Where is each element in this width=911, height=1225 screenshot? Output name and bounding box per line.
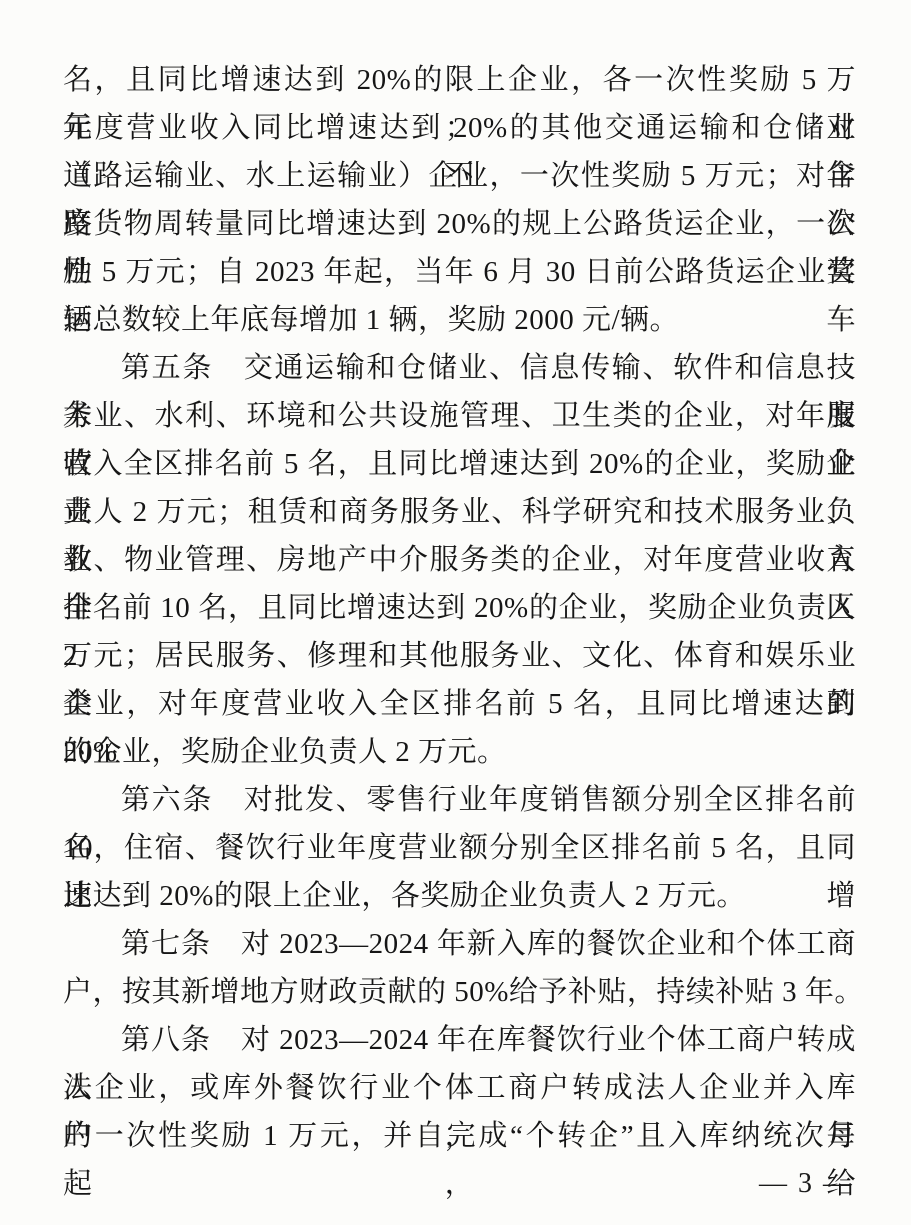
document-body: 名，且同比增速达到 20%的限上企业，各一次性奖励 5 万元；对年度营业收入同比… [63, 56, 856, 1160]
page-number: — 3 — [759, 1160, 853, 1208]
document-page: 名，且同比增速达到 20%的限上企业，各一次性奖励 5 万元；对年度营业收入同比… [0, 0, 911, 1225]
text-line: 排名前 10 名，且同比增速达到 20%的企业，奖励企业负责人 2 [63, 584, 856, 632]
text-line: 务业、水利、环境和公共设施管理、卫生类的企业，对年度营业 [63, 392, 856, 440]
text-line: 人企业，或库外餐饮行业个体工商户转成法人企业并入库的，每 [63, 1064, 856, 1112]
text-line: 名，住宿、餐饮行业年度营业额分别全区排名前 5 名，且同比增 [63, 824, 856, 872]
text-line: 速达到 20%的限上企业，各奖励企业负责人 2 万元。 [63, 872, 856, 920]
text-line: 户，按其新增地方财政贡献的 50%给予补贴，持续补贴 3 年。 [63, 968, 856, 1016]
text-line: 第八条 对 2023—2024 年在库餐饮行业个体工商户转成法 [63, 1016, 856, 1064]
text-line: 企业，对年度营业收入全区排名前 5 名，且同比增速达到 20% [63, 680, 856, 728]
text-line: 户一次性奖励 1 万元，并自完成“个转企”且入库纳统次月起，给 [63, 1112, 856, 1160]
text-line: 年度营业收入同比增速达到 20%的其他交通运输和仓储业（不含 [63, 104, 856, 152]
text-line: 第七条 对 2023—2024 年新入库的餐饮企业和个体工商 [63, 920, 856, 968]
text-line: 第五条 交通运输和仓储业、信息传输、软件和信息技术服 [63, 344, 856, 392]
text-line: 路货物周转量同比增速达到 20%的规上公路货运企业，一次性奖 [63, 200, 856, 248]
text-line: 道路运输业、水上运输业）企业，一次性奖励 5 万元；对年度公 [63, 152, 856, 200]
text-line: 第六条 对批发、零售行业年度销售额分别全区排名前 10 [63, 776, 856, 824]
text-line: 责人 2 万元；租赁和商务服务业、科学研究和技术服务业、教育 [63, 488, 856, 536]
text-line: 的企业，奖励企业负责人 2 万元。 [63, 728, 856, 776]
text-line: 名，且同比增速达到 20%的限上企业，各一次性奖励 5 万元；对 [63, 56, 856, 104]
text-line: 收入全区排名前 5 名，且同比增速达到 20%的企业，奖励企业负 [63, 440, 856, 488]
text-line: 万元；居民服务、修理和其他服务业、文化、体育和娱乐业类的 [63, 632, 856, 680]
text-line: 业、物业管理、房地产中介服务类的企业，对年度营业收入全区 [63, 536, 856, 584]
text-line: 励 5 万元；自 2023 年起，当年 6 月 30 日前公路货运企业营运车 [63, 248, 856, 296]
